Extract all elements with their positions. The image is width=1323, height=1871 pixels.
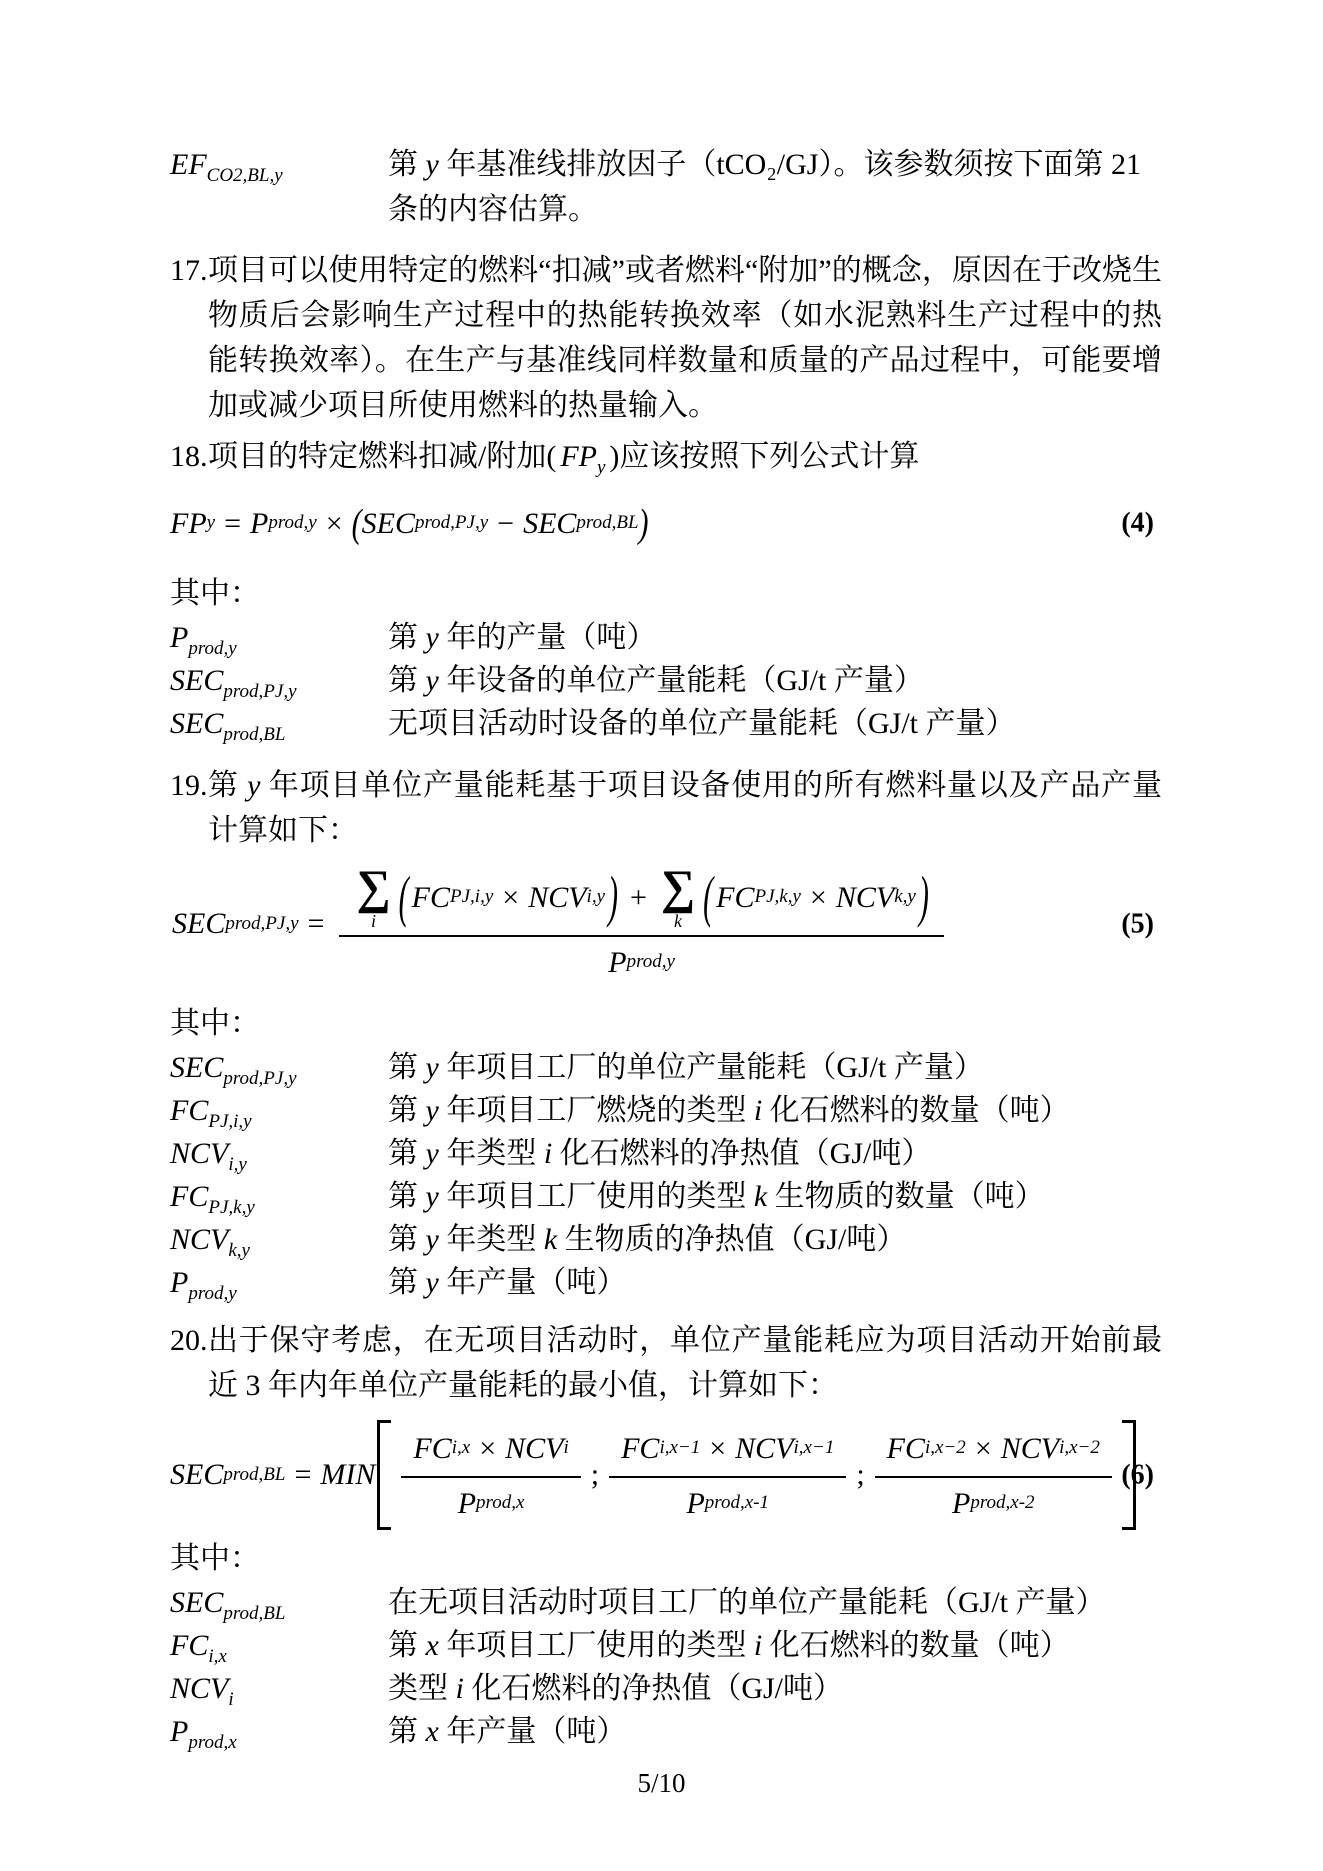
definition-term: SECprod,PJ,y <box>170 659 388 702</box>
definition-term: FCi,x <box>170 1624 388 1667</box>
definition-row: SECprod,PJ,y 第 y 年项目工厂的单位产量能耗（GJ/t 产量） <box>170 1046 1162 1089</box>
definition-row: NCVk,y 第 y 年类型 k 生物质的净热值（GJ/吨） <box>170 1218 1162 1261</box>
symbol-subscript: prod,BL <box>223 724 285 745</box>
list-item-20: 20. 出于保守考虑，在无项目活动时，单位产量能耗应为项目活动开始前最近 3 年… <box>170 1318 1162 1408</box>
fraction-year-x: FCi,x × NCVi Pprod,x <box>401 1424 580 1526</box>
inline-variable: FP <box>560 440 597 473</box>
definition-row: FCPJ,k,y 第 y 年项目工厂使用的类型 k 生物质的数量（吨） <box>170 1175 1162 1218</box>
list-item-number: 18. <box>170 434 208 479</box>
open-bracket <box>377 1420 391 1530</box>
formula-4: FPy = Pprod,y × ( SECprod,PJ,y − SECprod… <box>170 493 1162 553</box>
times-sign: × <box>479 1426 496 1471</box>
list-item-text: 第 y 年项目单位产量能耗基于项目设备使用的所有燃料量以及产品产量计算如下： <box>208 763 1162 853</box>
definition-row: Pprod,y 第 y 年的产量（吨） <box>170 616 1162 659</box>
var-ncv: NCV <box>505 1426 563 1471</box>
fraction-year-x-2: FCi,x−2 × NCVi,x−2 Pprod,x-2 <box>875 1424 1112 1526</box>
definition-row: FCPJ,i,y 第 y 年项目工厂燃烧的类型 i 化石燃料的数量（吨） <box>170 1089 1162 1132</box>
definition-row: Pprod,x 第 x 年产量（吨） <box>170 1710 1162 1753</box>
separator: ; <box>591 1452 599 1497</box>
fraction-denominator: Pprod,x-1 <box>686 1478 769 1526</box>
times-sign: × <box>326 501 343 546</box>
where-label: 其中： <box>170 1536 1162 1581</box>
min-operator: MIN <box>320 1452 375 1497</box>
symbol-base: P <box>170 621 188 654</box>
symbol-base: FC <box>170 1629 208 1662</box>
symbol-subscript: k,y <box>228 1240 250 1261</box>
definition-desc: 类型 i 化石燃料的净热值（GJ/吨） <box>388 1667 1162 1710</box>
definition-desc: 第 y 年的产量（吨） <box>388 616 1162 659</box>
close-paren: ) <box>639 493 649 554</box>
var-sec-bl: SEC <box>170 1452 223 1497</box>
list-item-17: 17. 项目可以使用特定的燃料“扣减”或者燃料“附加”的概念，原因在于改烧生物质… <box>170 248 1162 428</box>
open-paren: ( <box>399 855 409 941</box>
definition-row: SECprod,PJ,y 第 y 年设备的单位产量能耗（GJ/t 产量） <box>170 659 1162 702</box>
list-item-number: 20. <box>170 1318 208 1408</box>
var-sec-pj: SEC <box>362 501 415 546</box>
symbol-subscript: prod,y <box>188 638 236 659</box>
var-ncv: NCV <box>1001 1426 1059 1471</box>
equals-sign: = <box>308 901 325 946</box>
var-fc: FC <box>621 1426 659 1471</box>
definition-desc: 第 y 年项目工厂的单位产量能耗（GJ/t 产量） <box>388 1046 1162 1089</box>
var-p: P <box>608 940 626 985</box>
symbol-base: NCV <box>170 1137 228 1170</box>
text-after-var: )应该按照下列公式计算 <box>609 440 919 473</box>
fraction: ∑i ( FCPJ,i,y × NCVi,y ) + ∑k ( FCPJ,k,y… <box>339 863 943 985</box>
symbol-base: EF <box>170 148 207 181</box>
definition-row: Pprod,y 第 y 年产量（吨） <box>170 1261 1162 1304</box>
list-item-number: 19. <box>170 763 208 853</box>
sigma-icon: ∑ <box>661 865 695 911</box>
definition-term: NCVk,y <box>170 1218 388 1261</box>
equation-number-6: (6) <box>1121 1452 1154 1497</box>
definition-term: FCPJ,k,y <box>170 1175 388 1218</box>
symbol-subscript: PJ,i,y <box>208 1111 251 1132</box>
var-p: P <box>952 1481 970 1526</box>
definition-term: Pprod,y <box>170 616 388 659</box>
symbol-base: SEC <box>170 707 223 740</box>
var-ncv-i: NCV <box>528 875 586 920</box>
symbol-base: NCV <box>170 1223 228 1256</box>
definition-term: SECprod,PJ,y <box>170 1046 388 1089</box>
symbol-subscript: CO2,BL,y <box>207 165 283 186</box>
equation-number-4: (4) <box>1121 501 1154 546</box>
definition-desc: 第 y 年项目工厂使用的类型 k 生物质的数量（吨） <box>388 1175 1162 1218</box>
open-paren: ( <box>352 493 362 554</box>
var-sec-bl: SEC <box>523 501 576 546</box>
definition-term: SECprod,BL <box>170 702 388 745</box>
definition-desc: 在无项目活动时项目工厂的单位产量能耗（GJ/t 产量） <box>388 1581 1162 1624</box>
close-paren: ) <box>919 855 929 941</box>
times-sign: × <box>502 875 519 920</box>
definition-desc: 第 y 年类型 i 化石燃料的净热值（GJ/吨） <box>388 1132 1162 1175</box>
definition-desc: 第 x 年产量（吨） <box>388 1710 1162 1753</box>
definition-row: NCVi,y 第 y 年类型 i 化石燃料的净热值（GJ/吨） <box>170 1132 1162 1175</box>
definition-term: Pprod,x <box>170 1710 388 1753</box>
fraction-denominator: Pprod,x <box>458 1478 525 1526</box>
definition-row: SECprod,BL 在无项目活动时项目工厂的单位产量能耗（GJ/t 产量） <box>170 1581 1162 1624</box>
where-label: 其中： <box>170 571 1162 616</box>
symbol-base: P <box>170 1266 188 1299</box>
symbol-subscript: prod,x <box>188 1732 236 1753</box>
var-p: P <box>250 501 268 546</box>
sum-over-i: ∑i <box>356 865 390 930</box>
definition-row: SECprod,BL 无项目活动时设备的单位产量能耗（GJ/t 产量） <box>170 702 1162 745</box>
definition-desc: 第 y 年产量（吨） <box>388 1261 1162 1304</box>
fraction-denominator: Pprod,x-2 <box>952 1478 1035 1526</box>
symbol-base: P <box>170 1715 188 1748</box>
param-description: 第 y 年基准线排放因子（tCO₂/GJ）。该参数须按下面第 21 条的内容估算… <box>388 142 1162 232</box>
equals-sign: = <box>294 1452 311 1497</box>
param-symbol-ef: EFCO2,BL,y <box>170 142 388 187</box>
page-number: 5/10 <box>0 1768 1323 1799</box>
formula-6: SECprod,BL = MIN FCi,x × NCVi Pprod,x ; … <box>170 1420 1162 1530</box>
definition-desc: 第 y 年项目工厂燃烧的类型 i 化石燃料的数量（吨） <box>388 1089 1162 1132</box>
document-content: EFCO2,BL,y 第 y 年基准线排放因子（tCO₂/GJ）。该参数须按下面… <box>170 142 1162 1753</box>
var-ncv: NCV <box>735 1426 793 1471</box>
definition-desc: 第 x 年项目工厂使用的类型 i 化石燃料的数量（吨） <box>388 1624 1162 1667</box>
equals-sign: = <box>224 501 241 546</box>
definition-term: NCVi,y <box>170 1132 388 1175</box>
fraction-numerator: FCi,x−2 × NCVi,x−2 <box>875 1424 1112 1478</box>
symbol-base: FC <box>170 1094 208 1127</box>
fraction-numerator: ∑i ( FCPJ,i,y × NCVi,y ) + ∑k ( FCPJ,k,y… <box>339 863 943 937</box>
var-fc: FC <box>413 1426 451 1471</box>
definition-row: NCVi 类型 i 化石燃料的净热值（GJ/吨） <box>170 1667 1162 1710</box>
var-fp: FP <box>170 501 207 546</box>
symbol-subscript: prod,PJ,y <box>223 1068 296 1089</box>
text-before-var: 项目的特定燃料扣减/附加( <box>208 440 556 473</box>
symbol-subscript: PJ,k,y <box>208 1197 254 1218</box>
sum-over-k: ∑k <box>661 865 695 930</box>
list-item-text: 项目的特定燃料扣减/附加(FPy)应该按照下列公式计算 <box>208 434 1162 479</box>
definition-term: SECprod,BL <box>170 1581 388 1624</box>
definition-term: NCVi <box>170 1667 388 1710</box>
var-p: P <box>458 1481 476 1526</box>
symbol-subscript: i,x <box>208 1646 226 1667</box>
list-item-18: 18. 项目的特定燃料扣减/附加(FPy)应该按照下列公式计算 <box>170 434 1162 479</box>
var-sec-pj: SEC <box>172 901 225 946</box>
list-item-19: 19. 第 y 年项目单位产量能耗基于项目设备使用的所有燃料量以及产品产量计算如… <box>170 763 1162 853</box>
fraction-numerator: FCi,x × NCVi <box>401 1424 580 1478</box>
open-paren: ( <box>703 855 713 941</box>
symbol-subscript: i <box>228 1689 233 1710</box>
definition-term: FCPJ,i,y <box>170 1089 388 1132</box>
list-item-text: 出于保守考虑，在无项目活动时，单位产量能耗应为项目活动开始前最近 3 年内年单位… <box>208 1318 1162 1408</box>
definition-desc: 无项目活动时设备的单位产量能耗（GJ/t 产量） <box>388 702 1162 745</box>
plus-sign: + <box>630 875 647 920</box>
list-item-text: 项目可以使用特定的燃料“扣减”或者燃料“附加”的概念，原因在于改烧生物质后会影响… <box>208 248 1162 428</box>
where-label: 其中： <box>170 1001 1162 1046</box>
var-p: P <box>686 1481 704 1526</box>
sigma-icon: ∑ <box>356 865 390 911</box>
symbol-base: SEC <box>170 1051 223 1084</box>
symbol-base: SEC <box>170 1586 223 1619</box>
var-fc-k: FC <box>716 875 754 920</box>
sum-limit: i <box>371 912 376 930</box>
list-item-number: 17. <box>170 248 208 428</box>
symbol-base: NCV <box>170 1672 228 1705</box>
fraction-denominator: Pprod,y <box>608 937 675 985</box>
fraction-numerator: FCi,x−1 × NCVi,x−1 <box>609 1424 846 1478</box>
separator: ; <box>856 1452 864 1497</box>
var-fc: FC <box>887 1426 925 1471</box>
symbol-base: SEC <box>170 664 223 697</box>
inline-variable-subscript: y <box>597 457 605 478</box>
equation-number-5: (5) <box>1121 901 1154 946</box>
close-paren: ) <box>608 855 618 941</box>
symbol-subscript: prod,BL <box>223 1603 285 1624</box>
param-definition-ef: EFCO2,BL,y 第 y 年基准线排放因子（tCO₂/GJ）。该参数须按下面… <box>170 142 1162 232</box>
formula-5: SECprod,PJ,y = ∑i ( FCPJ,i,y × NCVi,y ) … <box>172 863 1162 985</box>
var-fc-i: FC <box>412 875 450 920</box>
times-sign: × <box>810 875 827 920</box>
definition-row: FCi,x 第 x 年项目工厂使用的类型 i 化石燃料的数量（吨） <box>170 1624 1162 1667</box>
times-sign: × <box>709 1426 726 1471</box>
minus-sign: − <box>497 501 514 546</box>
sum-limit: k <box>674 912 682 930</box>
definition-desc: 第 y 年设备的单位产量能耗（GJ/t 产量） <box>388 659 1162 702</box>
document-page: EFCO2,BL,y 第 y 年基准线排放因子（tCO₂/GJ）。该参数须按下面… <box>0 0 1323 1871</box>
symbol-subscript: prod,PJ,y <box>223 681 296 702</box>
fraction-year-x-1: FCi,x−1 × NCVi,x−1 Pprod,x-1 <box>609 1424 846 1526</box>
times-sign: × <box>975 1426 992 1471</box>
symbol-subscript: prod,y <box>188 1283 236 1304</box>
symbol-subscript: i,y <box>228 1154 246 1175</box>
symbol-base: FC <box>170 1180 208 1213</box>
definition-desc: 第 y 年类型 k 生物质的净热值（GJ/吨） <box>388 1218 1162 1261</box>
definition-term: Pprod,y <box>170 1261 388 1304</box>
var-ncv-k: NCV <box>836 875 894 920</box>
